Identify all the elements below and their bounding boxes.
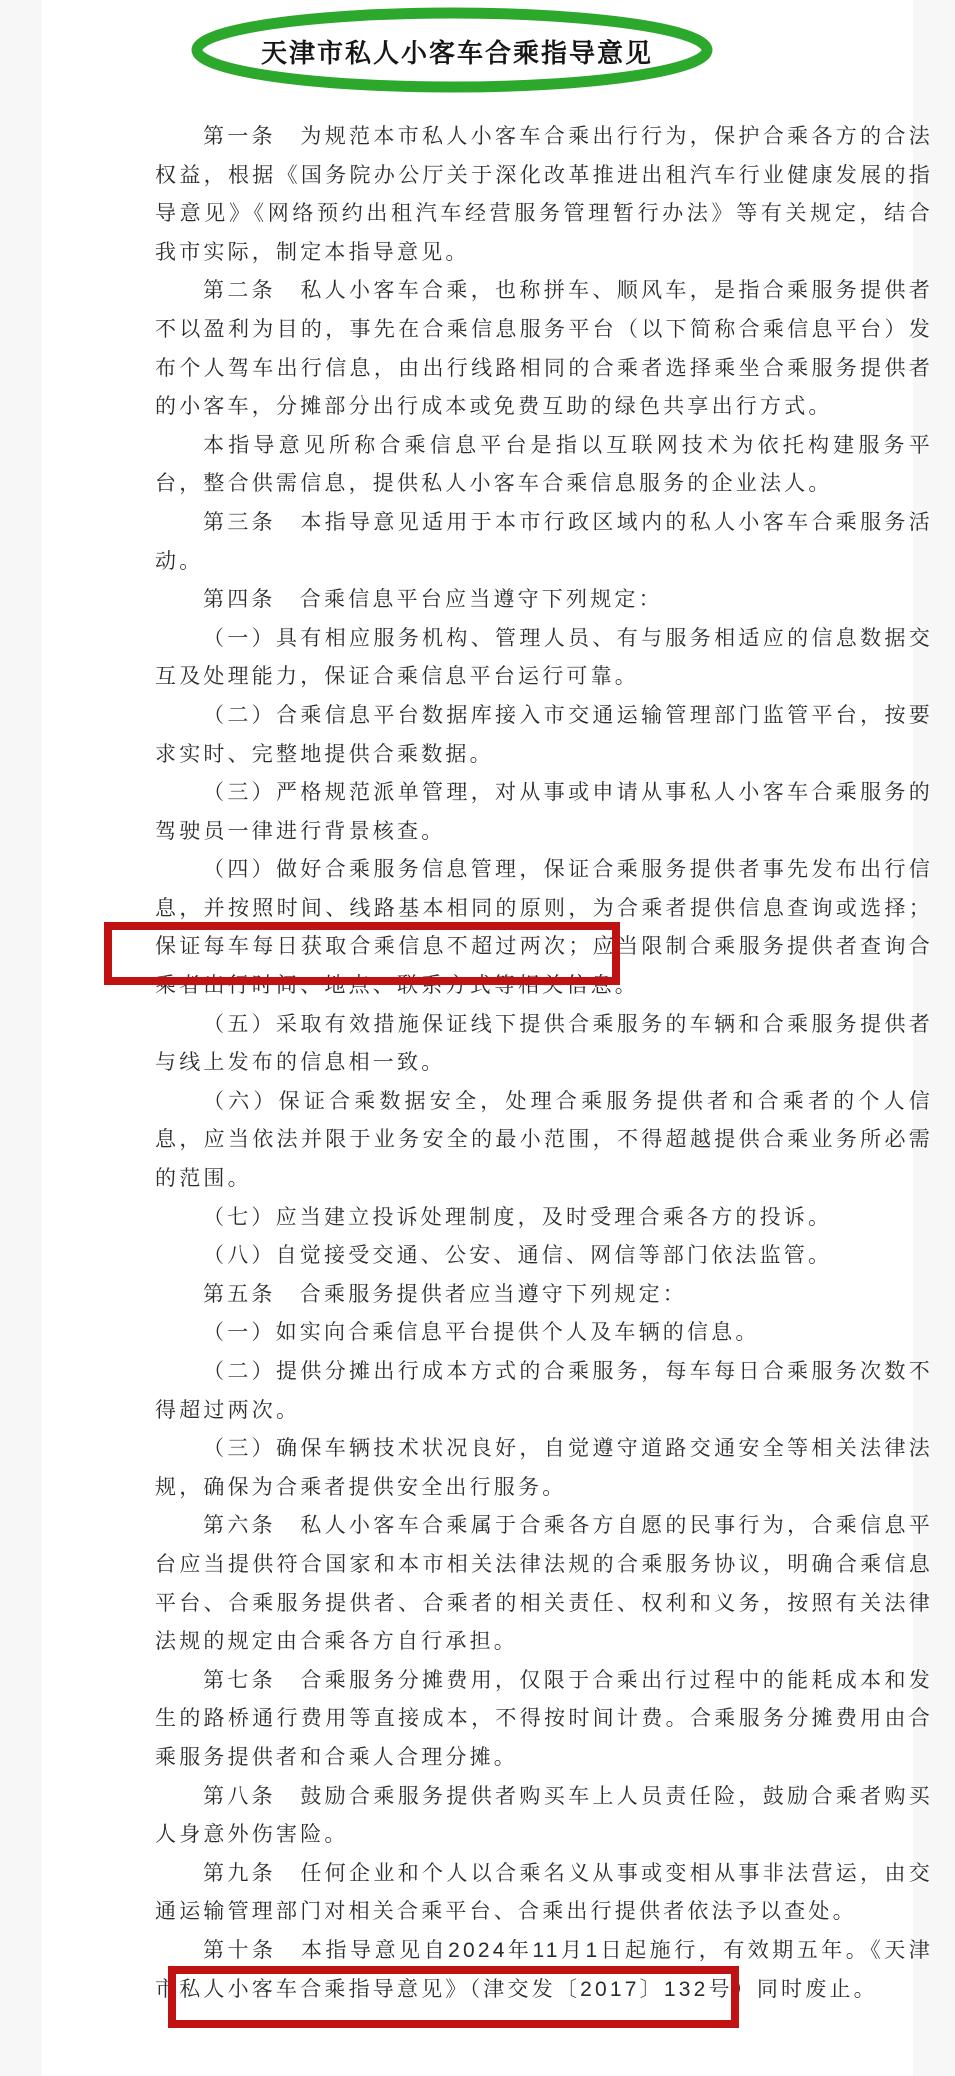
paragraph: （三）严格规范派单管理，对从事或申请从事私人小客车合乘服务的驾驶员一律进行背景核…	[155, 774, 933, 851]
paragraph: （一）具有相应服务机构、管理人员、有与服务相适应的信息数据交互及处理能力，保证合…	[155, 620, 933, 697]
paragraph: 第十条 本指导意见自2024年11月1日起施行，有效期五年。《天津市私人小客车合…	[155, 1932, 933, 2009]
paragraph: （二）合乘信息平台数据库接入市交通运输管理部门监管平台，按要求实时、完整地提供合…	[155, 697, 933, 774]
paragraph: （六）保证合乘数据安全，处理合乘服务提供者和合乘者的个人信息，应当依法并限于业务…	[155, 1083, 933, 1199]
paragraph: （七）应当建立投诉处理制度，及时受理合乘各方的投诉。	[155, 1199, 933, 1238]
paragraph: 本指导意见所称合乘信息平台是指以互联网技术为依托构建服务平台，整合供需信息，提供…	[155, 427, 933, 504]
paragraph: 第一条 为规范本市私人小客车合乘出行行为，保护合乘各方的合法权益，根据《国务院办…	[155, 118, 933, 272]
document-page: 天津市私人小客车合乘指导意见 第一条 为规范本市私人小客车合乘出行行为，保护合乘…	[42, 0, 913, 2076]
paragraph: 第八条 鼓励合乘服务提供者购买车上人员责任险，鼓励合乘者购买人身意外伤害险。	[155, 1778, 933, 1855]
paragraph: 第二条 私人小客车合乘，也称拼车、顺风车，是指合乘服务提供者不以盈利为目的，事先…	[155, 272, 933, 426]
document-body: 第一条 为规范本市私人小客车合乘出行行为，保护合乘各方的合法权益，根据《国务院办…	[155, 118, 933, 2009]
paragraph: 第九条 任何企业和个人以合乘名义从事或变相从事非法营运，由交通运输管理部门对相关…	[155, 1855, 933, 1932]
paragraph: （五）采取有效措施保证线下提供合乘服务的车辆和合乘服务提供者与线上发布的信息相一…	[155, 1006, 933, 1083]
paragraph: （四）做好合乘服务信息管理，保证合乘服务提供者事先发布出行信息，并按照时间、线路…	[155, 851, 933, 1005]
paragraph: 第三条 本指导意见适用于本市行政区域内的私人小客车合乘服务活动。	[155, 504, 933, 581]
paragraph: （一）如实向合乘信息平台提供个人及车辆的信息。	[155, 1314, 933, 1353]
document-title: 天津市私人小客车合乘指导意见	[42, 33, 872, 70]
paragraph: （三）确保车辆技术状况良好，自觉遵守道路交通安全等相关法律法规，确保为合乘者提供…	[155, 1430, 933, 1507]
paragraph: 第五条 合乘服务提供者应当遵守下列规定：	[155, 1276, 933, 1315]
paragraph: 第六条 私人小客车合乘属于合乘各方自愿的民事行为，合乘信息平台应当提供符合国家和…	[155, 1507, 933, 1661]
paragraph: （二）提供分摊出行成本方式的合乘服务，每车每日合乘服务次数不得超过两次。	[155, 1353, 933, 1430]
paragraph: （八）自觉接受交通、公安、通信、网信等部门依法监管。	[155, 1237, 933, 1276]
paragraph: 第七条 合乘服务分摊费用，仅限于合乘出行过程中的能耗成本和发生的路桥通行费用等直…	[155, 1662, 933, 1778]
paragraph: 第四条 合乘信息平台应当遵守下列规定：	[155, 581, 933, 620]
